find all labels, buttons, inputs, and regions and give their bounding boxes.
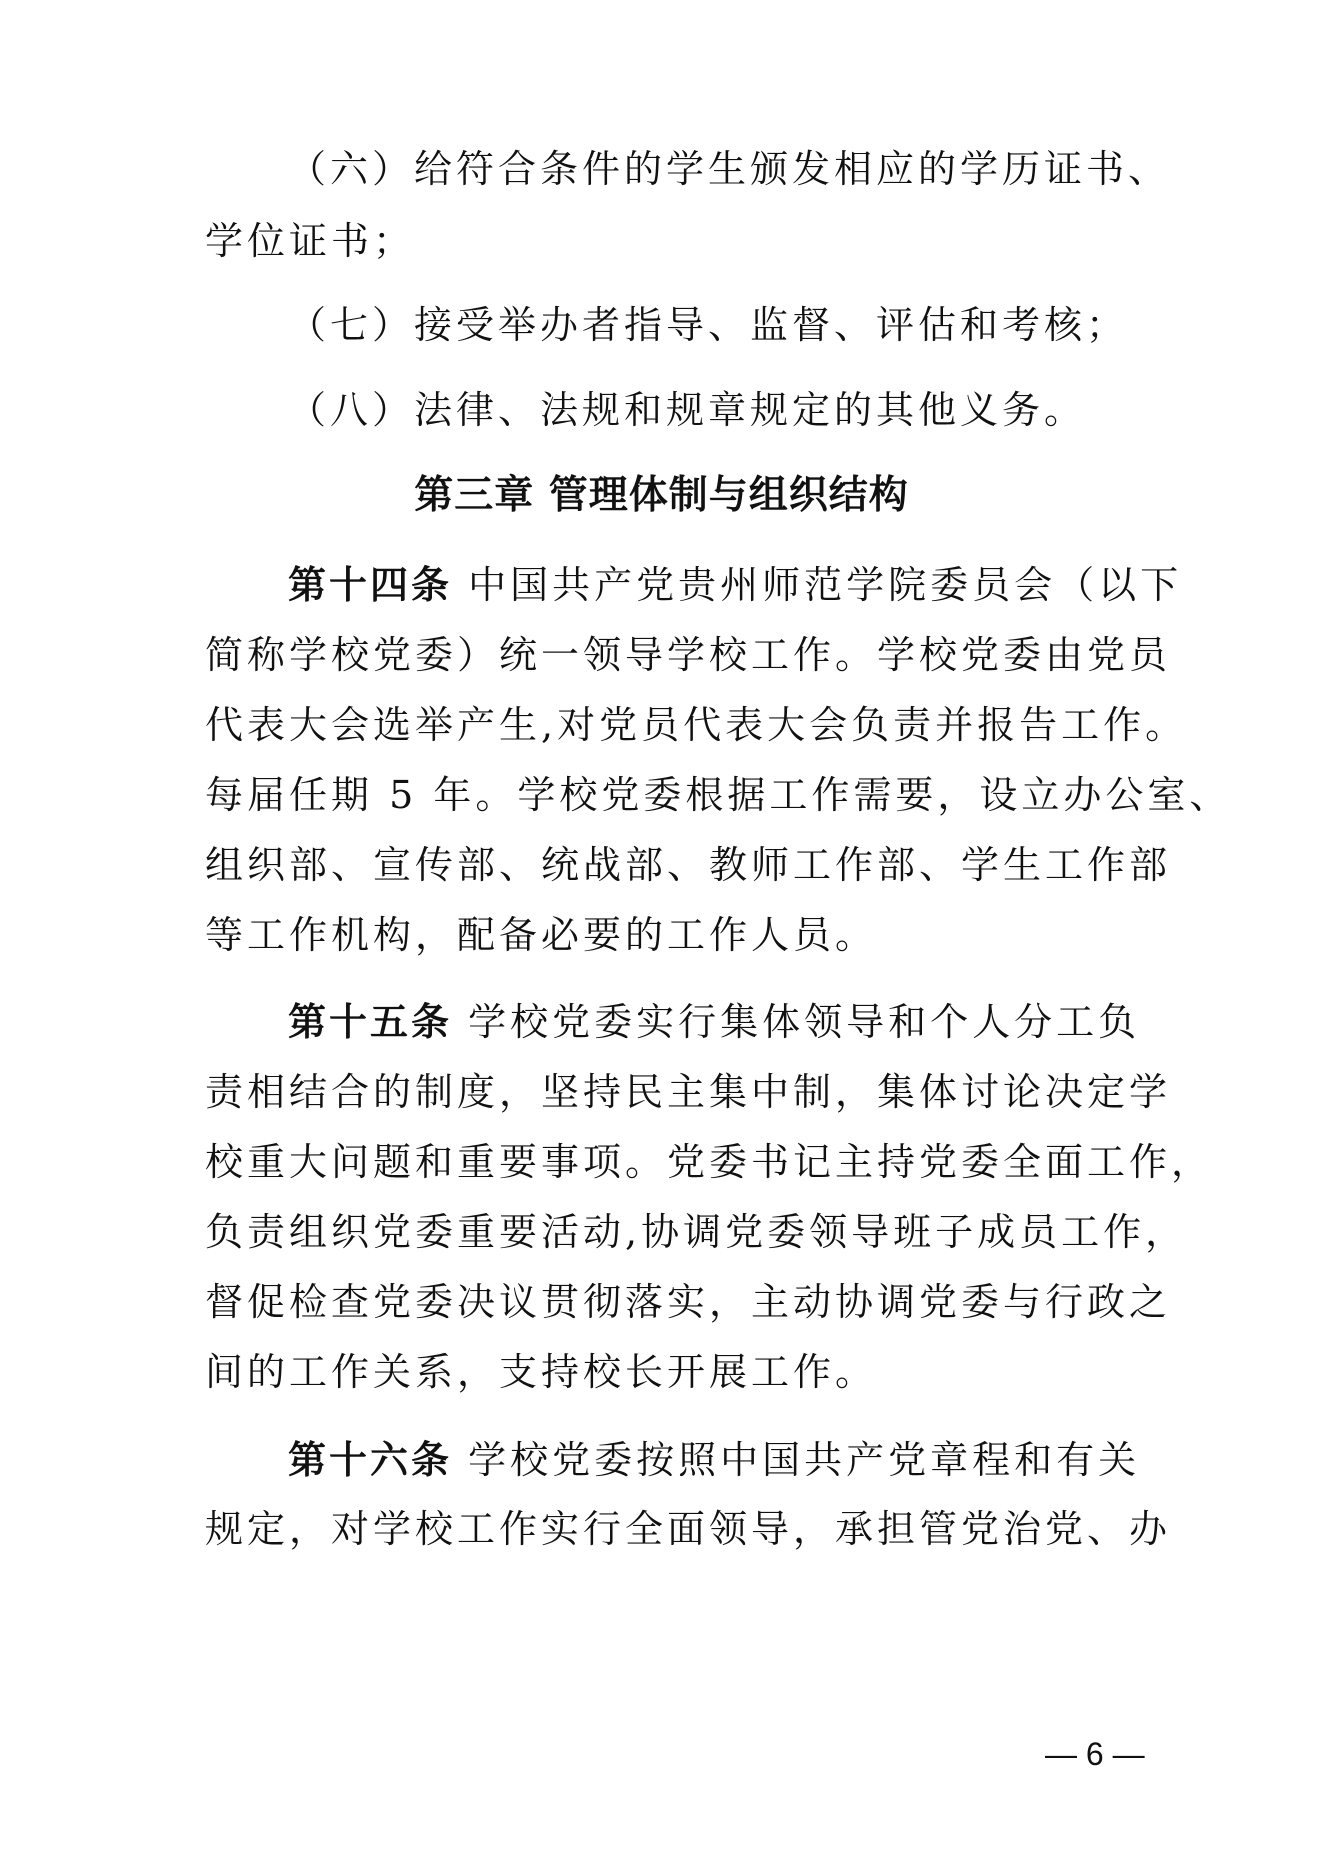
list-item-6-line-1: （六）给符合条件的学生颁发相应的学历证书、 bbox=[288, 150, 1130, 188]
article-14-first-line: 第十四条 中国共产党贵州师范学院委员会（以下 bbox=[288, 566, 1130, 604]
article-16-line: 规定，对学校工作实行全面领导，承担管党治党、办 bbox=[205, 1510, 1130, 1548]
article-15-line: 校重大问题和重要事项。党委书记主持党委全面工作， bbox=[205, 1143, 1130, 1181]
article-14-text: 中国共产党贵州师范学院委员会（以下 bbox=[468, 563, 1182, 607]
article-15-line: 间的工作关系，支持校长开展工作。 bbox=[205, 1353, 1130, 1391]
article-15-line: 督促检查党委决议贯彻落实，主动协调党委与行政之 bbox=[205, 1283, 1130, 1321]
page-number: — 6 — bbox=[1045, 1738, 1145, 1770]
article-15-text: 学校党委实行集体领导和个人分工负 bbox=[468, 1000, 1140, 1044]
document-page: （六）给符合条件的学生颁发相应的学历证书、 学位证书； （七）接受举办者指导、监… bbox=[0, 0, 1323, 1871]
article-14-label: 第十四条 bbox=[288, 563, 452, 607]
list-item-8: （八）法律、法规和规章规定的其他义务。 bbox=[288, 391, 1213, 429]
article-14-line: 等工作机构，配备必要的工作人员。 bbox=[205, 916, 1130, 954]
article-16-text: 学校党委按照中国共产党章程和有关 bbox=[468, 1438, 1140, 1482]
article-15-line: 负责组织党委重要活动,协调党委领导班子成员工作， bbox=[205, 1213, 1130, 1251]
article-14-line: 每届任期 5 年。学校党委根据工作需要，设立办公室、 bbox=[205, 776, 1130, 814]
article-16-label: 第十六条 bbox=[288, 1438, 452, 1482]
list-item-7: （七）接受举办者指导、监督、评估和考核； bbox=[288, 306, 1213, 344]
article-14-line: 简称学校党委）统一领导学校工作。学校党委由党员 bbox=[205, 636, 1130, 674]
article-15-first-line: 第十五条 学校党委实行集体领导和个人分工负 bbox=[288, 1003, 1120, 1041]
article-14-line: 代表大会选举产生,对党员代表大会负责并报告工作。 bbox=[205, 706, 1130, 744]
chapter-heading: 第三章 管理体制与组织结构 bbox=[0, 476, 1323, 515]
article-15-label: 第十五条 bbox=[288, 1000, 452, 1044]
article-14-line: 组织部、宣传部、统战部、教师工作部、学生工作部 bbox=[205, 846, 1130, 884]
article-16-first-line: 第十六条 学校党委按照中国共产党章程和有关 bbox=[288, 1441, 1120, 1479]
article-15-line: 责相结合的制度，坚持民主集中制，集体讨论决定学 bbox=[205, 1073, 1130, 1111]
list-item-6-line-2: 学位证书； bbox=[205, 222, 1130, 260]
